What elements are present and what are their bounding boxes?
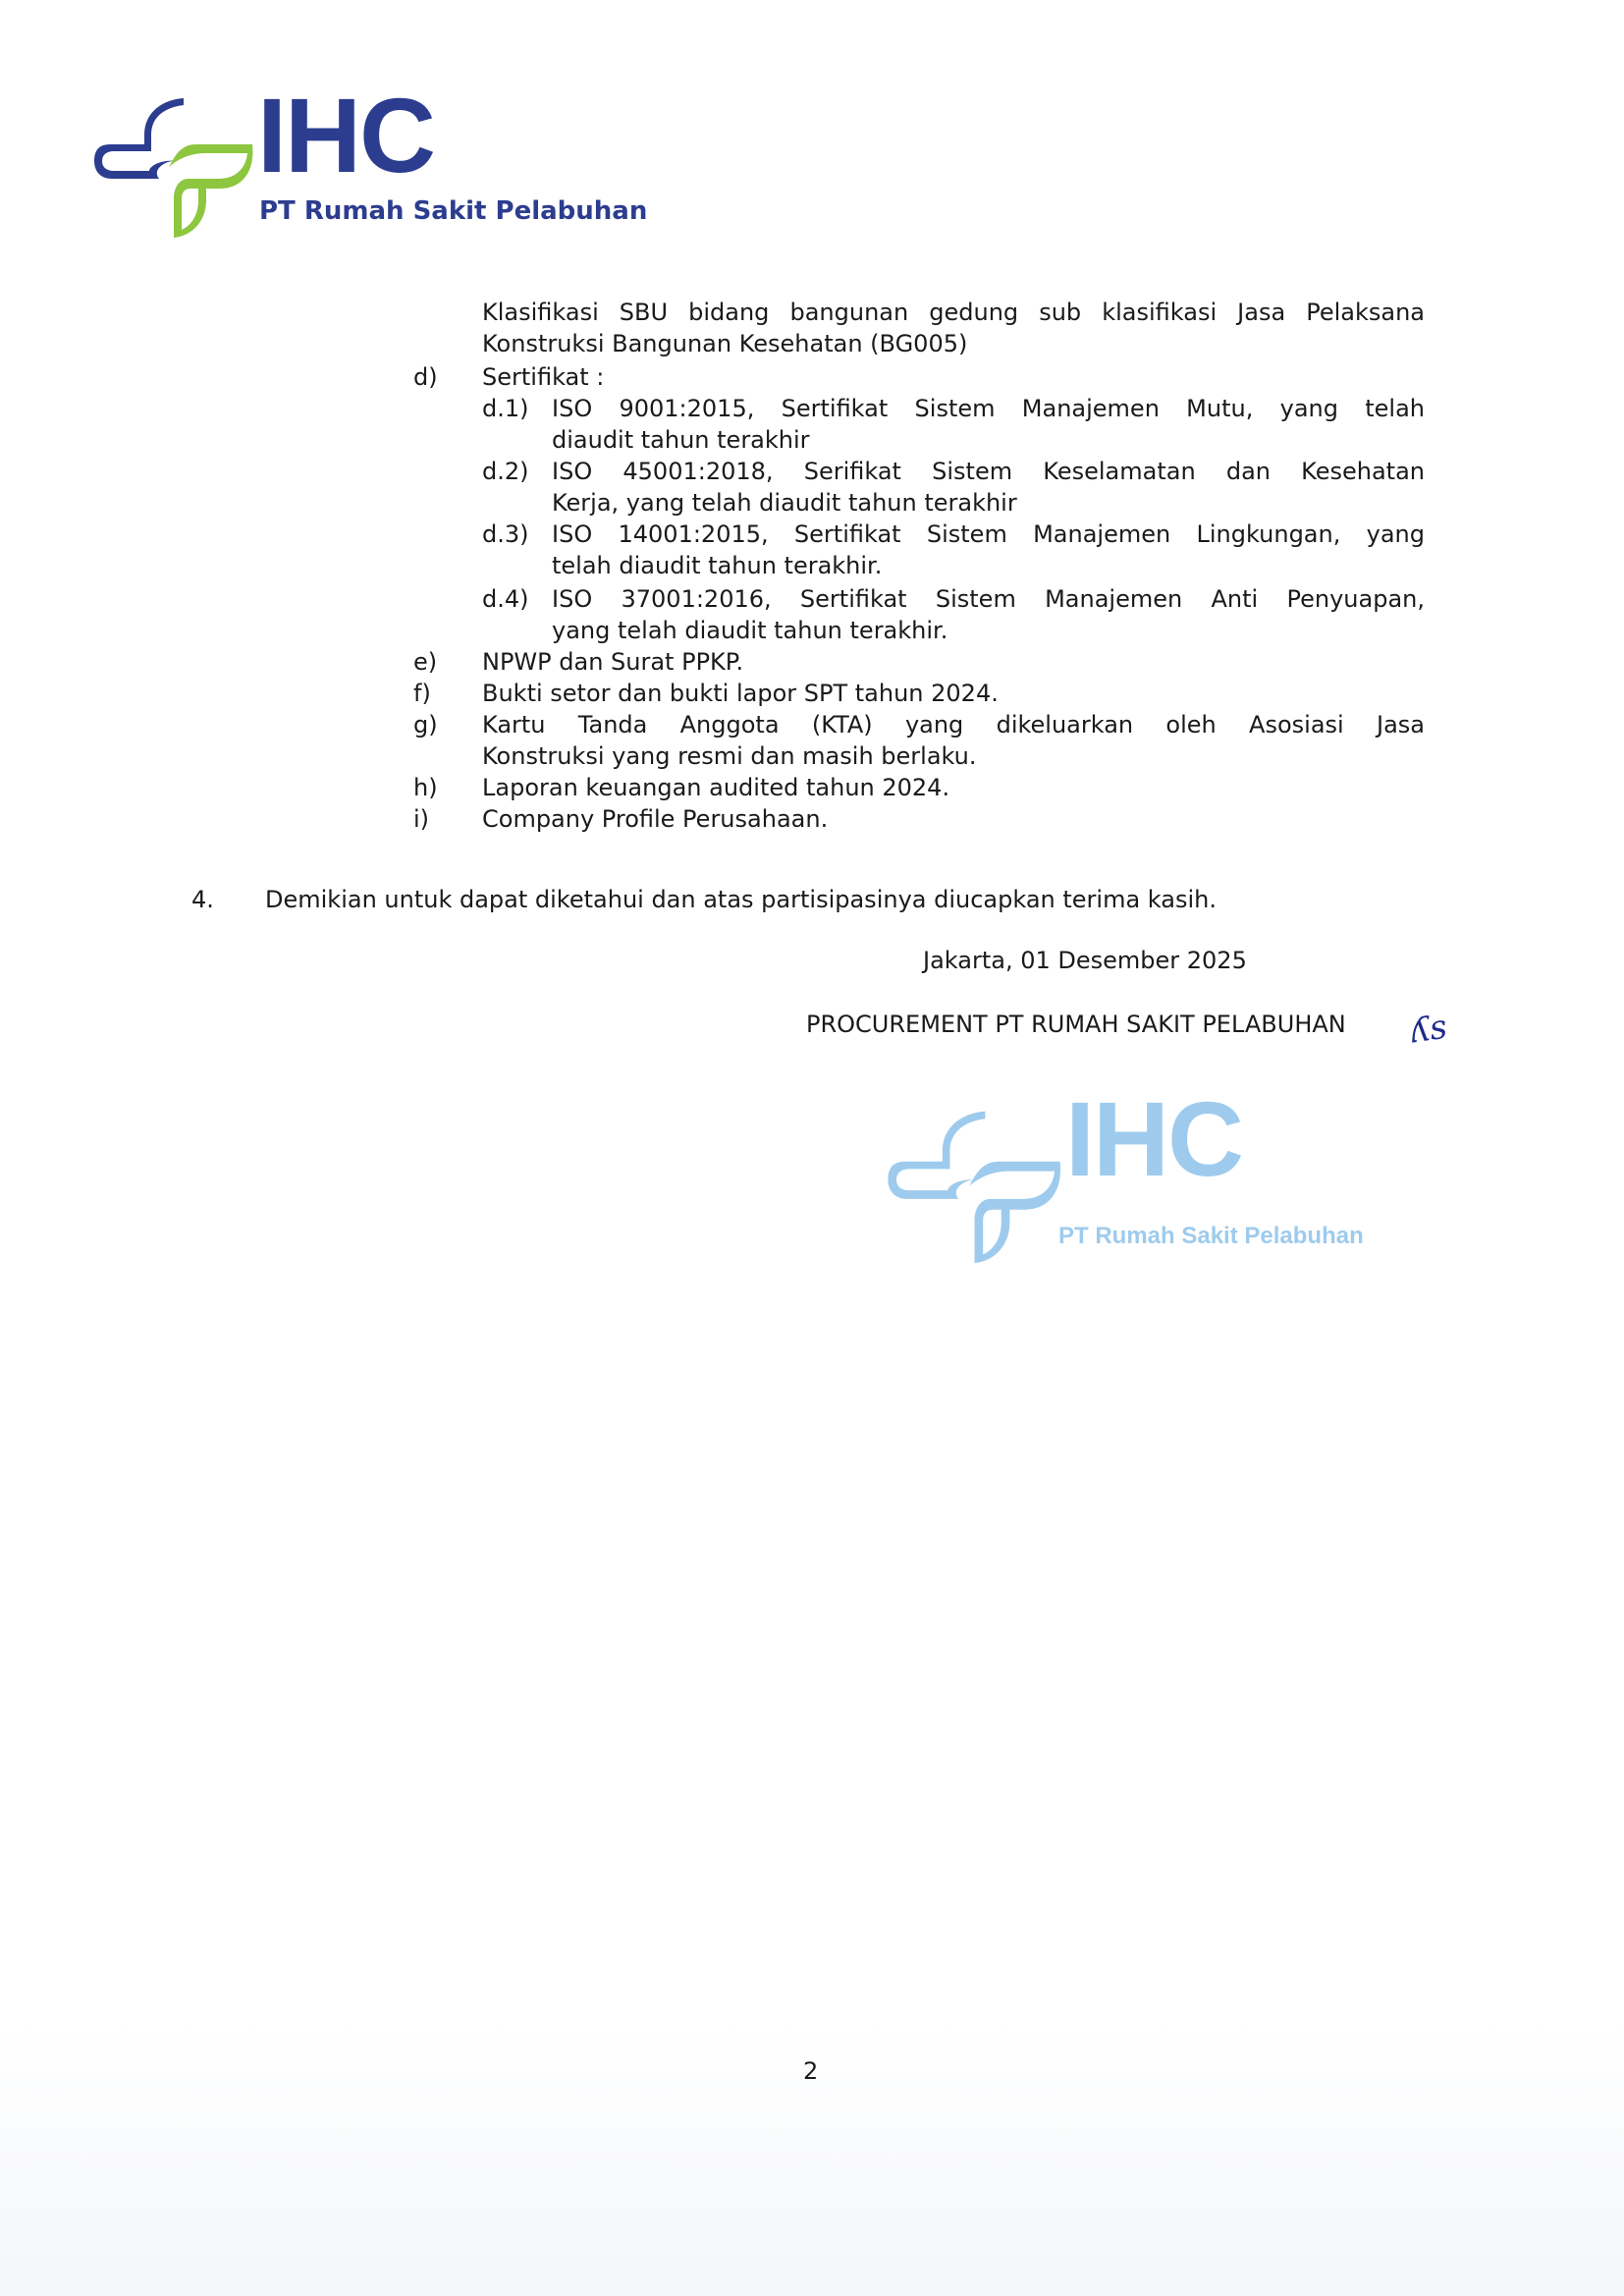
cert-d2-line-2: Kerja, yang telah diaudit tahun terakhir (552, 487, 1017, 519)
continuation-line-2: Konstruksi Bangunan Kesehatan (BG005) (482, 328, 967, 359)
cert-d3-line-1: ISO 14001:2015, Sertifikat Sistem Manaje… (552, 519, 1425, 550)
cert-d4-line-2: yang telah diaudit tahun terakhir. (552, 615, 947, 646)
company-stamp: IHC PT Rumah Sakit Pelabuhan (884, 1090, 1375, 1296)
item-label-f: f) (413, 678, 431, 709)
cert-label-d2: d.2) (482, 456, 529, 487)
company-name: PT Rumah Sakit Pelabuhan (259, 196, 647, 226)
stamp-wordmark: IHC (1065, 1086, 1242, 1192)
cert-label-d4: d.4) (482, 583, 529, 615)
item-label-i: i) (413, 803, 429, 835)
item-text-d: Sertifikat : (482, 361, 604, 393)
page-number: 2 (803, 2057, 818, 2085)
item-label-e: e) (413, 646, 437, 678)
cert-d4-line-1: ISO 37001:2016, Sertifikat Sistem Manaje… (552, 583, 1425, 615)
cert-label-d1: d.1) (482, 393, 529, 424)
item-text-f: Bukti setor dan bukti lapor SPT tahun 20… (482, 678, 999, 709)
closing-text: Demikian untuk dapat diketahui dan atas … (265, 884, 1217, 915)
item-text-g-line-2: Konstruksi yang resmi dan masih berlaku. (482, 740, 977, 772)
cert-label-d3: d.3) (482, 519, 529, 550)
item-label-h: h) (413, 772, 438, 803)
company-logo: IHC PT Rumah Sakit Pelabuhan (90, 90, 660, 247)
signatory: PROCUREMENT PT RUMAH SAKIT PELABUHAN (806, 1009, 1346, 1040)
item-text-e: NPWP dan Surat PPKP. (482, 646, 743, 678)
item-text-h: Laporan keuangan audited tahun 2024. (482, 772, 949, 803)
closing-number: 4. (191, 884, 214, 915)
item-text-g-line-1: Kartu Tanda Anggota (KTA) yang dikeluark… (482, 709, 1425, 740)
item-label-g: g) (413, 709, 438, 740)
stamp-leaf-cross-icon (884, 1090, 1065, 1286)
paraf-signature: ʎs (1408, 1008, 1449, 1052)
item-text-i: Company Profile Perusahaan. (482, 803, 828, 835)
stamp-company-name: PT Rumah Sakit Pelabuhan (1058, 1223, 1364, 1250)
logo-wordmark: IHC (257, 82, 434, 189)
cert-d2-line-1: ISO 45001:2018, Serifikat Sistem Keselam… (552, 456, 1425, 487)
cert-d1-line-2: diaudit tahun terakhir (552, 424, 810, 456)
cert-d1-line-1: ISO 9001:2015, Sertifikat Sistem Manajem… (552, 393, 1425, 424)
continuation-line-1: Klasifikasi SBU bidang bangunan gedung s… (482, 297, 1425, 328)
leaf-cross-icon (90, 90, 257, 247)
cert-d3-line-2: telah diaudit tahun terakhir. (552, 550, 882, 581)
item-label-d: d) (413, 361, 438, 393)
place-date: Jakarta, 01 Desember 2025 (923, 945, 1247, 976)
